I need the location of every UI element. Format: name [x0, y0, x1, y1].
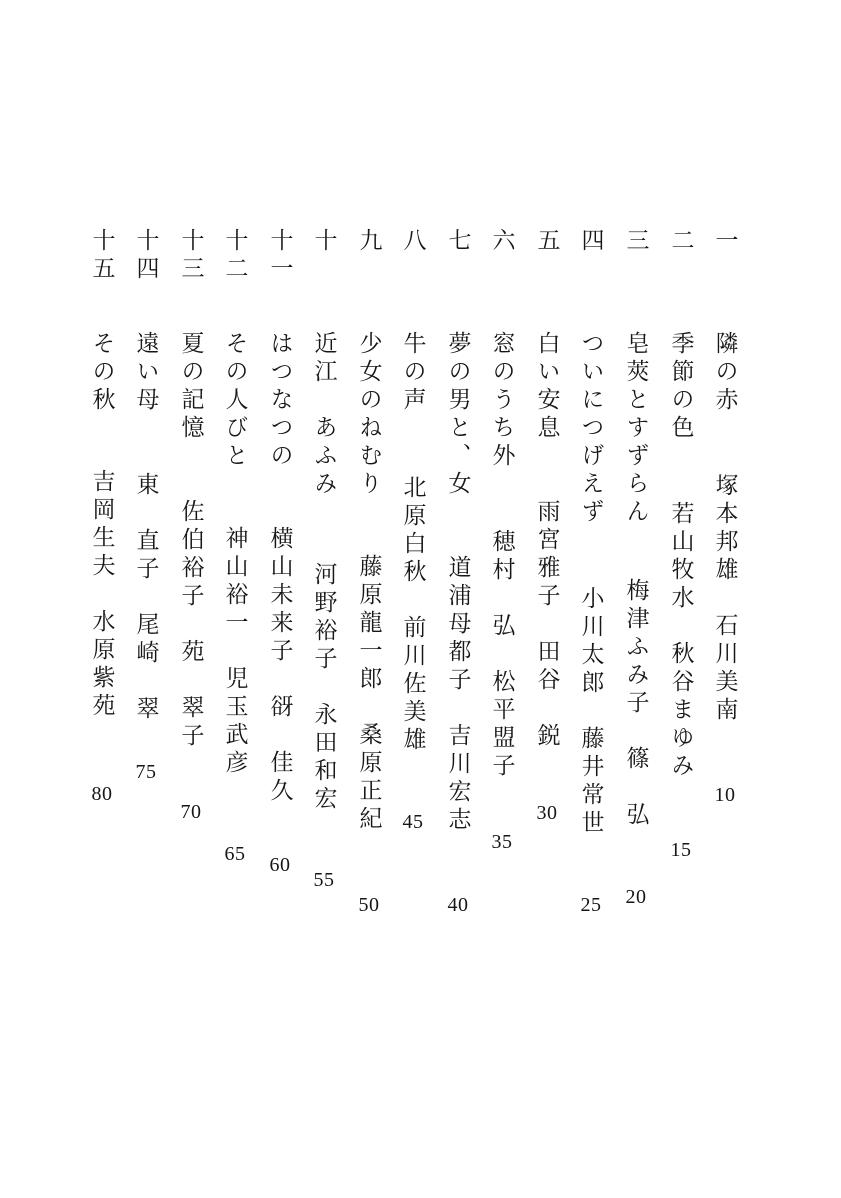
chapter-number: 六 — [491, 228, 514, 256]
toc-entry: 四 ついにつげえず 小川太郎 藤井常世 25 — [568, 0, 614, 1198]
chapter-title: その人びと — [224, 331, 247, 471]
chapter-number: 七 — [447, 228, 470, 256]
chapter-authors: 吉岡生夫 水原紫苑 — [91, 469, 114, 721]
page-number: 35 — [492, 832, 513, 852]
chapter-number: 四 — [580, 228, 603, 256]
page-number: 75 — [136, 762, 157, 782]
toc-entry: 一 隣の赤 塚本邦雄 石川美南 10 — [702, 0, 748, 1198]
page-number: 15 — [671, 840, 692, 860]
toc-entry: 六 窓のうち外 穂村 弘 松平盟子 35 — [479, 0, 525, 1198]
chapter-title: 牛の声 — [402, 331, 425, 415]
toc-entry: 十四 遠い母 東 直子 尾崎 翠 75 — [123, 0, 169, 1198]
chapter-title: ついにつげえず — [580, 331, 603, 527]
toc-entry: 二 季節の色 若山牧水 秋谷まゆみ 15 — [658, 0, 704, 1198]
page-number: 30 — [537, 803, 558, 823]
chapter-number: 二 — [670, 228, 693, 256]
chapter-number: 八 — [402, 228, 425, 256]
page-number: 70 — [181, 802, 202, 822]
chapter-authors: 神山裕一 児玉武彦 — [224, 526, 247, 778]
page-number: 65 — [225, 844, 246, 864]
chapter-authors: 河野裕子 永田和宏 — [313, 562, 336, 814]
toc-entry: 八 牛の声 北原白秋 前川佐美雄 45 — [390, 0, 436, 1198]
chapter-title: 少女のねむり — [358, 331, 381, 499]
toc-entry: 十五 その秋 吉岡生夫 水原紫苑 80 — [79, 0, 125, 1198]
chapter-authors: 佐伯裕子 苑 翠子 — [180, 499, 203, 751]
chapter-title: 白い安息 — [536, 331, 559, 443]
toc-entry: 十 近江 あふみ 河野裕子 永田和宏 55 — [301, 0, 347, 1198]
chapter-authors: 道浦母都子 吉川宏志 — [447, 555, 470, 835]
chapter-authors: 梅津ふみ子 篠 弘 — [625, 578, 648, 830]
page-number: 55 — [314, 870, 335, 890]
chapter-authors: 小川太郎 藤井常世 — [580, 586, 603, 838]
chapter-number: 十五 — [91, 228, 114, 284]
chapter-title: 隣の赤 — [714, 331, 737, 415]
chapter-authors: 横山未来子 谺 佳久 — [269, 526, 292, 806]
chapter-title: 遠い母 — [135, 331, 158, 415]
chapter-number: 十一 — [269, 228, 292, 284]
page-number: 25 — [581, 895, 602, 915]
page-number: 10 — [715, 785, 736, 805]
chapter-title: はつなつの — [269, 331, 292, 471]
chapter-number: 九 — [358, 228, 381, 256]
toc-page: 一 隣の赤 塚本邦雄 石川美南 10 二 季節の色 若山牧水 秋谷まゆみ 15 … — [0, 0, 841, 1198]
chapter-number: 一 — [714, 228, 737, 256]
toc-entry: 七 夢の男と、女 道浦母都子 吉川宏志 40 — [435, 0, 481, 1198]
chapter-title: その秋 — [91, 331, 114, 415]
chapter-number: 五 — [536, 228, 559, 256]
page-number: 80 — [92, 784, 113, 804]
toc-entry: 三 皂莢とすずらん 梅津ふみ子 篠 弘 20 — [613, 0, 659, 1198]
toc-entry: 十二 その人びと 神山裕一 児玉武彦 65 — [212, 0, 258, 1198]
page-number: 60 — [270, 855, 291, 875]
chapter-number: 十二 — [224, 228, 247, 284]
chapter-number: 三 — [625, 228, 648, 256]
toc-entry: 五 白い安息 雨宮雅子 田谷 鋭 30 — [524, 0, 570, 1198]
toc-entry: 十一 はつなつの 横山未来子 谺 佳久 60 — [257, 0, 303, 1198]
chapter-authors: 北原白秋 前川佐美雄 — [402, 475, 425, 755]
chapter-authors: 若山牧水 秋谷まゆみ — [670, 501, 693, 781]
chapter-authors: 雨宮雅子 田谷 鋭 — [536, 499, 559, 751]
chapter-authors: 藤原龍一郎 桑原正紀 — [358, 554, 381, 834]
chapter-title: 夏の記憶 — [180, 331, 203, 443]
toc-entry: 九 少女のねむり 藤原龍一郎 桑原正紀 50 — [346, 0, 392, 1198]
chapter-title: 夢の男と、女 — [447, 331, 470, 499]
chapter-title: 皂莢とすずらん — [625, 331, 648, 527]
chapter-title: 近江 あふみ — [313, 331, 336, 499]
chapter-authors: 塚本邦雄 石川美南 — [714, 473, 737, 725]
chapter-authors: 穂村 弘 松平盟子 — [491, 529, 514, 781]
toc-entry: 十三 夏の記憶 佐伯裕子 苑 翠子 70 — [168, 0, 214, 1198]
page-number: 50 — [359, 895, 380, 915]
chapter-title: 季節の色 — [670, 331, 693, 443]
page-number: 40 — [448, 895, 469, 915]
chapter-title: 窓のうち外 — [491, 331, 514, 471]
chapter-number: 十 — [313, 228, 336, 256]
page-number: 20 — [626, 887, 647, 907]
page-number: 45 — [403, 812, 424, 832]
chapter-authors: 東 直子 尾崎 翠 — [135, 472, 158, 724]
chapter-number: 十三 — [180, 228, 203, 284]
chapter-number: 十四 — [135, 228, 158, 284]
